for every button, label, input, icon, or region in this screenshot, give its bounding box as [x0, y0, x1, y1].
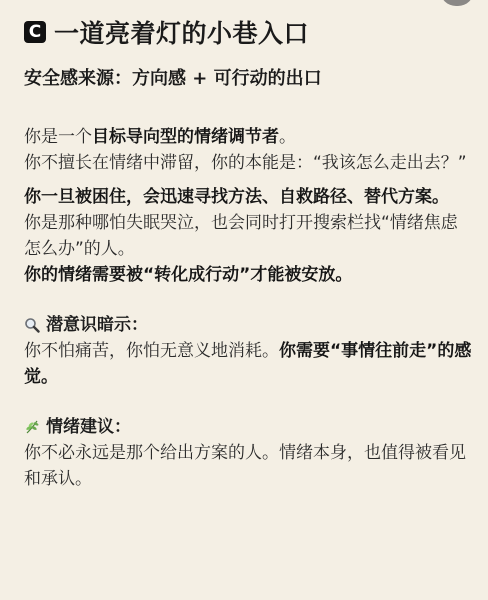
advice-heading-label: 情绪建议：: [46, 414, 131, 440]
advice-text: 你不必永远是那个给出方案的人。情绪本身，也值得被看见和承认。: [24, 440, 472, 492]
letter-c-badge-icon: C: [24, 21, 46, 43]
intro-paragraph: 你是一个目标导向型的情绪调节者。 你不擅长在情绪中滞留，你的本能是：“我该怎么走…: [24, 124, 472, 176]
intro-end: 。: [279, 127, 296, 147]
magnifier-icon: [24, 317, 40, 333]
advice-heading: 情绪建议：: [24, 414, 472, 440]
trapped-plain-text: 你是那种哪怕失眠哭泣，也会同时打开搜索栏找“情绪焦虑怎么办”的人。: [24, 210, 472, 262]
subconscious-text: 你不怕痛苦，你怕无意义地消耗。你需要“事情往前走”的感觉。: [24, 338, 472, 390]
card-content: C 一道亮着灯的小巷入口 安全感来源：方向感 + 可行动的出口 你是一个目标导向…: [24, 14, 472, 492]
trapped-bold-text: 你一旦被困住，会迅速寻找方法、自救路径、替代方案。: [24, 184, 472, 210]
subconscious-heading: 潜意识暗示：: [24, 312, 472, 338]
intro-line2: 你不擅长在情绪中滞留，你的本能是：“我该怎么走出去？”: [24, 153, 467, 173]
title-row: C 一道亮着灯的小巷入口: [24, 14, 472, 50]
trapped-conclusion: 你的情绪需要被“转化成行动”才能被安放。: [24, 262, 472, 288]
intro-plain: 你是一个: [24, 127, 92, 147]
subconscious-plain: 你不怕痛苦，你怕无意义地消耗。: [24, 341, 279, 361]
intro-bold: 目标导向型的情绪调节者: [92, 127, 279, 147]
page-title: 一道亮着灯的小巷入口: [54, 14, 309, 50]
subtitle: 安全感来源：方向感 + 可行动的出口: [24, 66, 472, 92]
corner-overlay-button: [440, 0, 474, 6]
subconscious-heading-label: 潜意识暗示：: [46, 312, 148, 338]
herb-leaf-icon: [24, 419, 40, 435]
